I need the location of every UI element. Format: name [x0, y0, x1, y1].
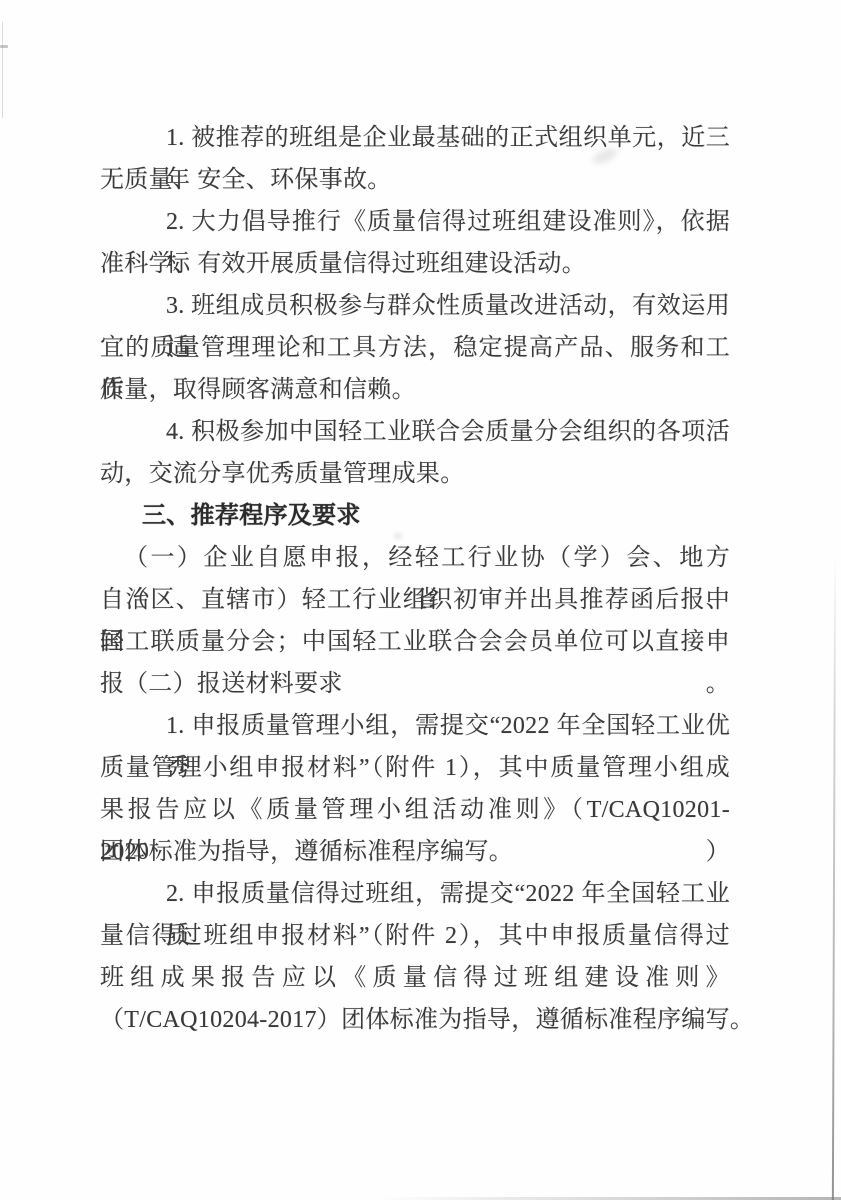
text-line: 自治区、直辖市）轻工行业组织初审并出具推荐函后报中国: [100, 579, 730, 621]
text-line: （T/CAQ10204-2017）团体标准为指导，遵循标准程序编写。: [100, 999, 730, 1041]
scan-artifact-left-dash: [0, 45, 8, 48]
text-line: 3. 班组成员积极参与群众性质量改进活动，有效运用适: [100, 285, 730, 327]
text-line: 质量，取得顾客满意和信赖。: [100, 369, 730, 411]
document-page: 1. 被推荐的班组是企业最基础的正式组织单元，近三年 无质量、安全、环保事故。 …: [0, 0, 841, 1200]
text-line: （一）企业自愿申报，经轻工行业协（学）会、地方（省、: [100, 537, 730, 579]
text-line: 2. 申报质量信得过班组，需提交“2022 年全国轻工业质: [100, 873, 730, 915]
text-line: 4. 积极参加中国轻工业联合会质量分会组织的各项活: [100, 411, 730, 453]
text-line: 质量管理小组申报材料”（附件 1），其中质量管理小组成: [100, 747, 730, 789]
scan-artifact-left-edge: [2, 22, 3, 118]
text-line: 准科学、有效开展质量信得过班组建设活动。: [100, 243, 730, 285]
text-line: 动，交流分享优秀质量管理成果。: [100, 453, 730, 495]
text-line: 1. 申报质量管理小组，需提交“2022 年全国轻工业优秀: [100, 705, 730, 747]
text-line: 班组成果报告应以《质量信得过班组建设准则》: [100, 957, 730, 999]
text-line: 2. 大力倡导推行《质量信得过班组建设准则》，依据标: [100, 201, 730, 243]
text-line: 果报告应以《质量管理小组活动准则》（T/CAQ10201-2020）: [100, 789, 730, 831]
text-line: 轻工联质量分会；中国轻工业联合会会员单位可以直接申报。: [100, 621, 730, 663]
text-line: 宜的质量管理理论和工具方法，稳定提高产品、服务和工作: [100, 327, 730, 369]
text-line: 1. 被推荐的班组是企业最基础的正式组织单元，近三年: [100, 117, 730, 159]
document-body: 1. 被推荐的班组是企业最基础的正式组织单元，近三年 无质量、安全、环保事故。 …: [100, 117, 730, 1041]
text-line: 无质量、安全、环保事故。: [100, 159, 730, 201]
scan-artifact-right-edge: [832, 555, 836, 1200]
text-line: 量信得过班组申报材料”（附件 2），其中申报质量信得过: [100, 915, 730, 957]
section-heading: 三、推荐程序及要求: [100, 495, 730, 537]
